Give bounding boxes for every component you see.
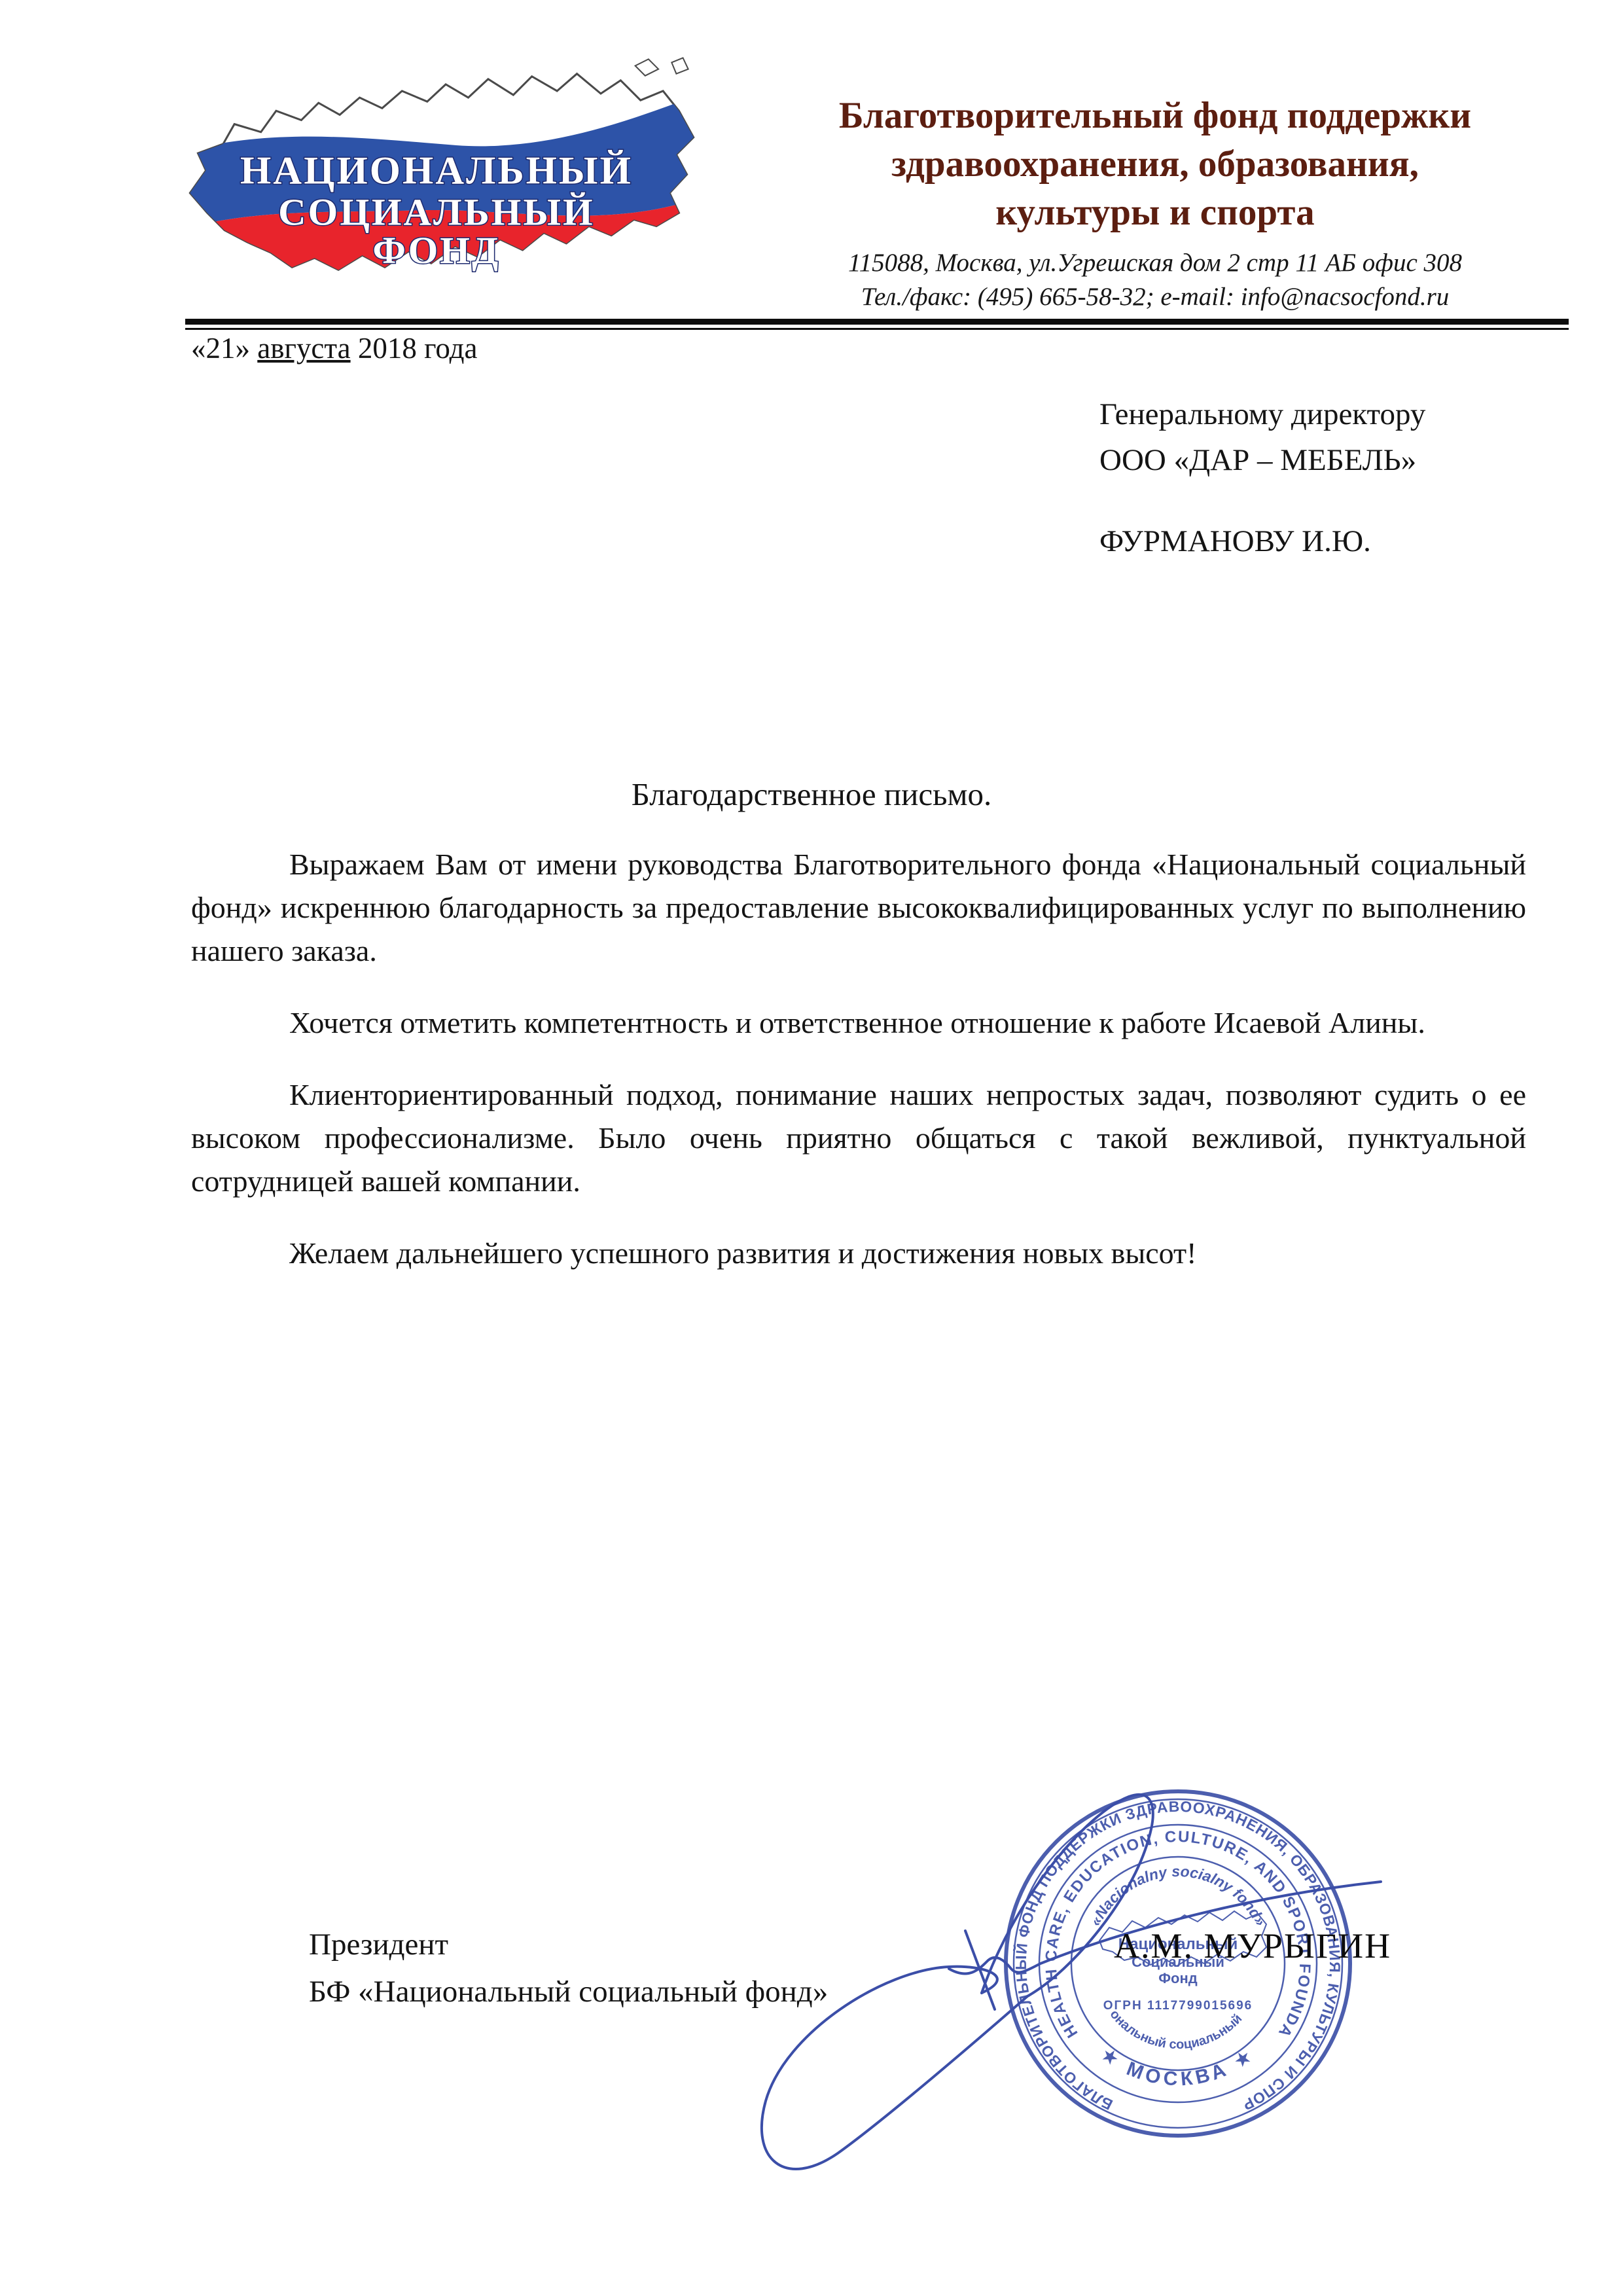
pen-signature [687,1734,1505,2258]
signatory-name: А.М. МУРЫГИН [1114,1926,1391,1966]
russia-map-logo: НАЦИОНАЛЬНЫЙ СОЦИАЛЬНЫЙ ФОНД [171,39,708,304]
recipient-position: Генеральному директору [1099,391,1425,437]
logo-text-line2: СОЦИАЛЬНЫЙ [278,190,595,233]
recipient-company: ООО «ДАР – МЕБЕЛЬ» [1099,437,1425,483]
org-address-line: 115088, Москва, ул.Угрешская дом 2 стр 1… [746,246,1564,280]
letter-paragraph: Хочется отметить компетентность и ответс… [191,1001,1526,1045]
logo-text-line1: НАЦИОНАЛЬНЫЙ [240,149,633,193]
logo-text-line3: ФОНД [372,229,500,272]
letter-page: { "letterhead": { "logo": { "line1": "НА… [0,0,1623,2296]
org-header-block: Благотворительный фонд поддержки здравоо… [746,92,1564,314]
letter-title: Благодарственное письмо. [0,776,1623,813]
signature-strokes-icon [687,1734,1505,2258]
date-month: августа [257,332,350,365]
date-day: «21» [191,332,250,365]
org-title: Благотворительный фонд поддержки здравоо… [746,92,1564,237]
org-phone-email-line: Тел./факс: (495) 665-58-32; e-mail: info… [746,280,1564,314]
org-title-line1: Благотворительный фонд поддержки [746,92,1564,140]
letter-paragraph: Клиенториентированный подход, понимание … [191,1073,1526,1203]
org-contacts: 115088, Москва, ул.Угрешская дом 2 стр 1… [746,246,1564,314]
letter-paragraph: Желаем дальнейшего успешного развития и … [191,1232,1526,1275]
org-title-line2: здравоохранения, образования, [746,140,1564,188]
fund-logo: НАЦИОНАЛЬНЫЙ СОЦИАЛЬНЫЙ ФОНД [171,39,708,304]
recipient-block: Генеральному директору ООО «ДАР – МЕБЕЛЬ… [1099,391,1425,564]
recipient-person: ФУРМАНОВУ И.Ю. [1099,518,1425,564]
letter-date: «21» августа 2018 года [191,331,478,365]
header-divider-rule [185,319,1569,330]
date-year: 2018 года [358,332,478,365]
org-title-line3: культуры и спорта [746,188,1564,237]
letter-body: Выражаем Вам от имени руководства Благот… [191,843,1526,1304]
map-islands [635,58,688,75]
recipient-gap [1099,483,1425,518]
letter-paragraph: Выражаем Вам от имени руководства Благот… [191,843,1526,973]
